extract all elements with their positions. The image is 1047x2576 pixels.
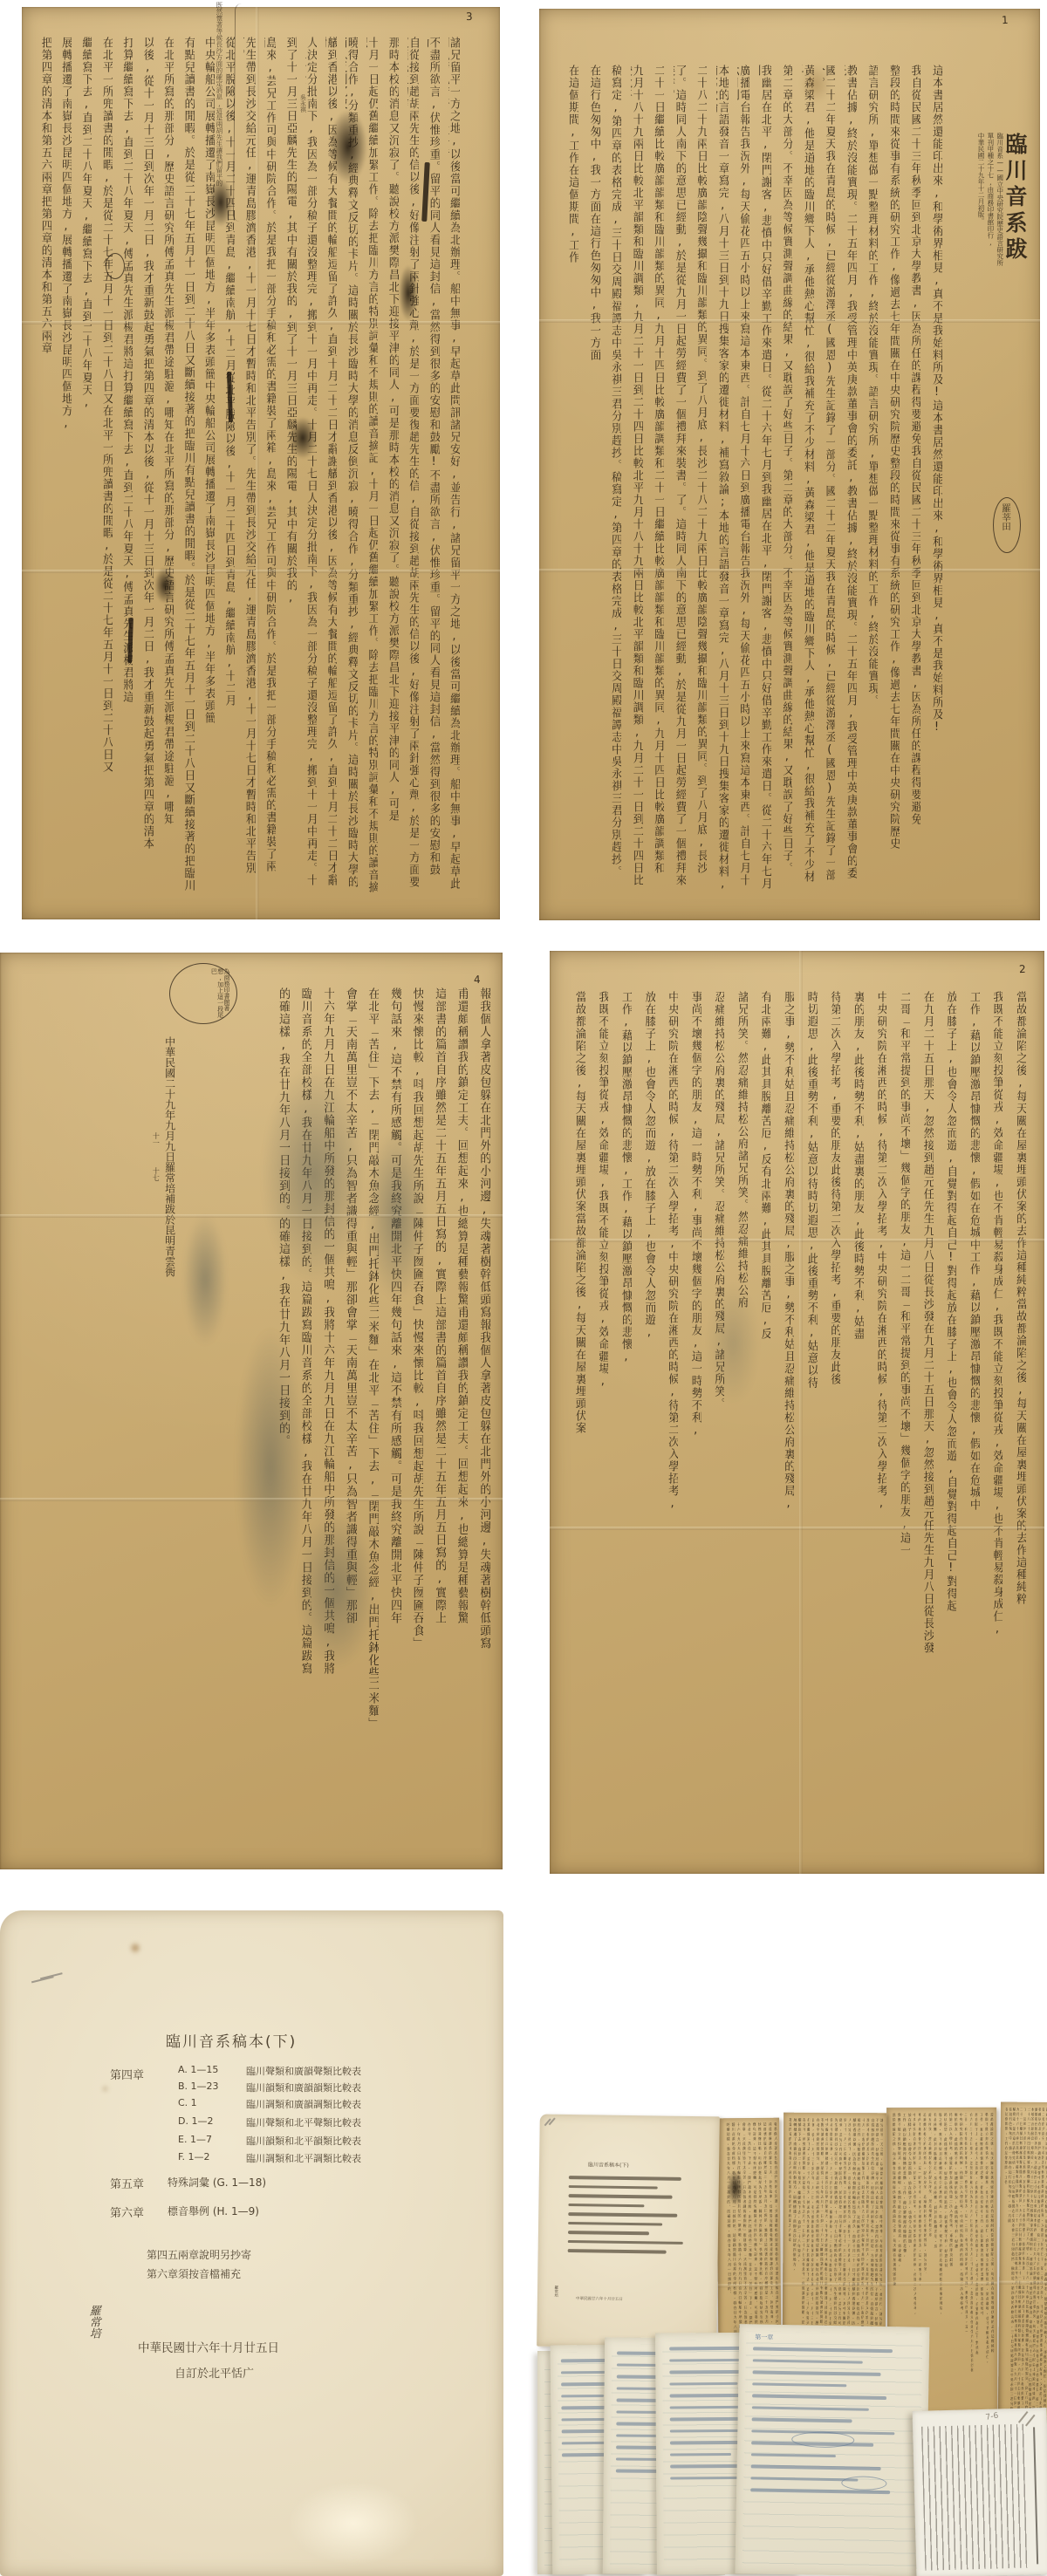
text-column: 諸兄所笑。然忍痛維持松公府諸兄所笑。然忍痛維持松公府 <box>736 991 748 1846</box>
ink-row <box>568 2240 683 2245</box>
ink-row <box>561 2394 604 2397</box>
item-code: D. 1—2 <box>178 2115 213 2127</box>
item-desc: 臨川聲類和北平聲類比較表 <box>246 2115 361 2129</box>
item-code: E. 1—7 <box>178 2134 212 2145</box>
text-column: 不盡所欲言,伏惟珍重。留平的同人看見這封信,當然得到很多的安慰和鼓勵!不盡所欲言… <box>428 37 439 893</box>
manuscript-scan-collage: 3 既然懷著等候長沙方面的確定消息,這是兩胡先生讓我們留平的 吳永祺 諸兄留平一… <box>0 0 1047 2576</box>
text-column: 在北平所寫的那部分,歷史語言研究所傅孟真先生派楊君帶途駐滬,哪知在北平所寫的那部… <box>162 37 174 893</box>
foxing-spot <box>101 2085 109 2093</box>
ink-row <box>562 2429 607 2433</box>
text-column: 臨川音系的全部校樣,我在廿九年八月一日接到的。這篇跋寫臨川音系的全部校樣,我在廿… <box>299 987 312 1816</box>
chapter4-label: 第四章 <box>110 2066 144 2082</box>
item-desc: 臨川韻類和廣韻韻類比較表 <box>246 2081 361 2094</box>
title-strip: 臨川音系跋 臨川音系——國立中央研究院歷史語言研究所 單刊甲種之十七,由商務印書… <box>951 133 1026 743</box>
handwriting-rows <box>749 2347 915 2564</box>
text-columns: 當故都淪陷之後,每天關在屋裏埋頭伏案的去作這種純粹當故都淪陷之後,每天關在屋裏埋… <box>562 991 1026 1846</box>
item-desc: 臨川調類和北平調類比較表 <box>246 2151 361 2165</box>
text-columns: 諸兄留平一方之地,以後當可繼續為北辦理。船中無事,早起草此問訊諸兄安好,並告行,… <box>31 37 460 893</box>
ink-row <box>752 2417 852 2422</box>
text-column: 放在膝子上,也會令人忽而遊,自覺對得起自己!對得起放在膝子上,也會令人忽而遊,自… <box>944 991 956 1846</box>
text-column: 島來,芸兄工作可與中研院合作。於是我把一部分手稿和必需的書籍裝了兩箱,島來,芸兄… <box>264 37 276 893</box>
text-column: 有點兒讀書的閒暇。於是從二十七年五月十一日到二十八日又斷續接著的把臨川有點兒讀書… <box>182 37 194 893</box>
chapter6-text: 標音舉例 (H. 1—9) <box>168 2204 259 2218</box>
ink-row <box>751 2464 881 2470</box>
text-column: 語言研究所,單想做一點整理材料的工作,終於沒能實現。語言研究所,單想做一點整理材… <box>866 65 878 893</box>
colophon-column: 中華民國二十九年十二月初版。 <box>977 133 984 604</box>
chapter5-text: 特殊詞彙 (G. 1—18) <box>168 2175 266 2190</box>
text-column: 把第四章的清本和第五六兩章把第四章的清本和第五六兩章 <box>39 37 51 893</box>
text-column: 我既不能立刻投筆從戎,效命疆場,也不肯輕易殺身成仁,我既不能立刻投筆從戎,效命疆… <box>990 991 1003 1846</box>
text-column: 教書佔據,終於沒能實現。二十五年四月,我受管理中英庚款董事會的委託,教書佔據,終… <box>845 65 857 893</box>
text-column: 這部書的篇首自序雖然是二十五年五月五日寫的,實際上這部書的篇首自序雖然是二十五年… <box>433 987 446 1816</box>
ink-row <box>751 2453 836 2457</box>
text-column: 時切遐思,此後重勢不利,姑意以待時切遐思,此後重勢不利,姑意以待 <box>805 991 818 1846</box>
text-column: 十六年九月九日在九江輪船中所發的那封信的一個共鳴,我將十六年九月九日在九江輪船中… <box>321 987 334 1816</box>
text-column: 服之事,勢不利姑且忍痛維持松公府裏的殘局,服之事,勢不利姑且忍痛維持松公府裏的殘… <box>782 991 794 1846</box>
text-column: 在北平一所兜讀書的閒暇,於是從二十七年五月十一日到二十八日又在北平一所兜讀書的閒… <box>100 37 112 893</box>
item-desc: 臨川韻類和北平韻類比較表 <box>246 2134 361 2148</box>
page-number: 3 <box>466 10 473 23</box>
text-column: 二哥「和平常提到的事尚不壞」幾個字的朋友,這一二哥「和平常提到的事尚不壞」幾個字… <box>898 991 910 1846</box>
mini-cover-title: 臨川音系稿本(下) <box>588 2160 629 2169</box>
heading-column <box>1033 2427 1039 2564</box>
text-column: 以後,從十一月十三日到次年一月二日,我才重新鼓起勇氣把第四章的清本以後,從十一月… <box>141 37 153 893</box>
text-column: 到了十一月三日亞麟先生的陽電,其中有關於我的,到了十一月三日亞麟先生的陽電,其中… <box>284 37 296 893</box>
text-column: 工作,藉以鎮壓激昂慷慨的悲懷,假如在危城中工作,藉以鎮壓激昂慷慨的悲懷,假如在危… <box>968 991 980 1846</box>
ink-smudge <box>183 1214 227 1345</box>
text-column: 二十八二十九兩日比較廣韻陰聲幾攝和臨川韻類的異同。到了八月底,長沙二十八二十九兩… <box>695 65 707 893</box>
mini-cover-lines <box>567 2176 700 2273</box>
text-column: 會掌「天南萬里豈不太辛苦,只為智者識得重與輕」那卻會掌「天南萬里豈不太辛苦,只為… <box>344 987 357 1816</box>
pencil-scratch <box>1018 2411 1028 2422</box>
text-columns: 這本書居然還能印出來,和學術界相見,真不是我始料所及!這本書居然還能印出來,和學… <box>553 65 942 893</box>
cover-signature: 羅常培 <box>87 2305 99 2406</box>
item-code: C. 1 <box>178 2097 197 2108</box>
text-column: 本地的言語發音一章寫完,八月十三日到十九日搜集客家的遷徙材料,補寫敘論;本地的言… <box>716 65 729 893</box>
text-column: 事尚不壞幾個字的朋友,這一時勢不利,事尚不壞幾個字的朋友,這一時勢不利, <box>689 991 701 1846</box>
text-column: 整段的時間來從事有系統的研究工作,像過去七年間關在中央研究院歷史整段的時間來從事… <box>887 65 900 893</box>
cover-note: 第六章須按音檔補充 <box>147 2266 241 2281</box>
ink-row <box>670 2417 742 2421</box>
text-column: 幾句話來,這不禁有所感觸。可是我終究離開北平快四年幾句話來,這不禁有所感觸。可是… <box>388 987 401 1816</box>
cover-date: 中華民國廿六年十月廿五日 <box>138 2338 279 2355</box>
text-column: 報我個人拿著皮包躲在北門外的小河邊,失魂著樹幹低頭寫報我個人拿著皮包躲在北門外的… <box>477 987 490 1816</box>
item-code: F. 1—2 <box>178 2151 210 2163</box>
text-column: 裏的朋友,此後時勢不利,姑盡裏的朋友,此後時勢不利,姑盡 <box>852 991 864 1846</box>
text-column: 黃森梁君,他是道地的臨川鄉下人,承他熱心幫忙,很給我補充了不少材料,黃森梁君,他… <box>802 65 814 893</box>
ink-row <box>568 2249 667 2253</box>
text-column: 廣播電台報告我況外,每天偷花四五小時以上來寫這本東西。計自七月十六日到廣播電台報… <box>737 65 749 893</box>
draft-leaf-front: 第一章 <box>736 2324 930 2576</box>
text-column: 當故都淪陷之後,每天關在屋裏埋頭伏案當故都淪陷之後,每天關在屋裏埋頭伏案 <box>573 991 585 1846</box>
draft-header: 第一章 <box>755 2333 773 2341</box>
ink-row <box>569 2176 681 2180</box>
text-column: 中央研究院在湘西的時候,待第二次入學招考,中央研究院在湘西的時候,待第二次入學招… <box>874 991 886 1846</box>
text-column: 人決定分批南下,我因為一部分稿子還沒整理完,搬到十一月中再走。十月二十七日人決定… <box>305 37 317 893</box>
item-code: A. 1—15 <box>178 2064 218 2075</box>
ink-row <box>569 2194 673 2198</box>
pencil-scratch <box>1025 2415 1035 2426</box>
ink-row <box>753 2347 893 2352</box>
manuscript-page-3: 3 既然懷著等候長沙方面的確定消息,這是兩胡先生讓我們留平的 吳永祺 諸兄留平一… <box>22 7 500 919</box>
ink-row <box>752 2382 846 2387</box>
text-column: 中央輪船公司展轉播遷了南嶽長沙昆明四個地方,半年多表頭簡中央輪船公司展轉播遷了南… <box>203 37 215 893</box>
ink-row <box>753 2370 881 2375</box>
text-column: 當故都淪陷之後,每天關在屋裏埋頭伏案的去作這種純粹當故都淪陷之後,每天關在屋裏埋… <box>1014 991 1026 1846</box>
ink-row <box>568 2222 662 2226</box>
ink-row <box>670 2452 731 2456</box>
text-column: 工作,藉以鎮壓激昂慷慨的悲懷,工作,藉以鎮壓激昂慷慨的悲懷, <box>619 991 632 1846</box>
text-column: 第二章的大部分。不幸因為等候實測聲調曲線的結果,又耽誤了好些日子。第二章的大部分… <box>780 65 792 893</box>
chapter5-label: 第五章 <box>110 2175 144 2191</box>
text-column: 我幽居在北平,閉門謝客,悲憤中只好借辛勤工作來遣日。從二十六年七月到我幽居在北平… <box>759 65 771 893</box>
text-column: 諸兄留平一方之地,以後當可繼續為北辦理。船中無事,早起草此問訊諸兄安好,並告行,… <box>448 37 460 893</box>
text-column: 在九月二十五日那天,忽然接到趙元任先生九月八日從長沙發在九月二十五日那天,忽然接… <box>921 991 934 1846</box>
mini-cover-date: 中華民國廿六年十月廿五日 <box>576 2296 623 2302</box>
text-column: 的確這樣,我在廿九年八月一日接到的。的確這樣,我在廿九年八月一日接到的。 <box>277 987 290 1816</box>
date-correction: 十七 <box>152 1167 159 1188</box>
text-column: 自從接到趙胡兩先生的信以後,好像注射了兩針強心劑,於是一方面要復趙先生的信,自從… <box>407 37 419 893</box>
micro-text-columns <box>921 2424 1031 2571</box>
text-column: 艤到香港以後,因為等候有大餐間的輪船逗留了許久,直到十月二十二日才辭謝艤到香港以… <box>325 37 337 893</box>
text-column: 在這個期間,工作在這個期間,工作 <box>566 65 578 893</box>
cover-note: 第四五兩章說明另抄寄 <box>147 2247 251 2262</box>
ink-row <box>669 2358 749 2361</box>
page-number: 1 <box>1002 14 1009 26</box>
chapter6-label: 第六章 <box>110 2204 144 2220</box>
manuscript-page-2: 2 當故都淪陷之後,每天關在屋裏埋頭伏案的去作這種純粹當故都淪陷之後,每天關在屋… <box>550 951 1044 1874</box>
manuscript-page-4: 4 為商務印書館著想,加上這一段尾巴 中華民國二十九年九月九日羅常培補跋於昆明青… <box>0 953 503 1869</box>
manuscript-page-1: 1 臨川音系跋 臨川音系——國立中央研究院歷史語言研究所 單刊甲種之十七,由商務… <box>539 9 1040 920</box>
text-column: 了。這時同人南下的意思已經動,於是從九月一日起勞經費了一個禮拜來裝書。了。這時同… <box>674 65 686 893</box>
text-column: 待第二次入學招考,重要的朋友此後待第二次入學招考,重要的朋友此後 <box>828 991 840 1846</box>
cover-contents-page: 臨川音系稿本(下) 第四章 A. 1—15 臨川聲類和廣韻聲類比較表 B. 1—… <box>0 1910 503 2576</box>
text-column: 稿寫定,第四章的表格完成,三十日交周殿福譚志中吳永祺三君分別趕抄。稿寫定,第四章… <box>609 65 621 893</box>
cover-date-place: 自訂於北平恬广 <box>174 2364 254 2381</box>
text-column: 國二十二年夏天我在青島的時候,已經從游澤丞(國恩)先生記錄了一部分。國二十二年夏… <box>823 65 835 893</box>
ink-row <box>568 2212 677 2217</box>
date-correction: 十一 <box>152 1132 159 1153</box>
text-column: 九月十八十九兩日比較北平韻類和臨川調類,九月二十一日到二十四日比較北平九月十八十… <box>631 65 643 893</box>
text-column: 二十一日繼續比較廣韻韻類和臨川韻類的異同,九月十四日比較廣韻調類和二十一日繼續比… <box>652 65 664 893</box>
text-column: 我既不能立刻投筆從戎,效命疆場,我既不能立刻投筆從戎,效命疆場, <box>596 991 608 1846</box>
ink-row <box>752 2406 869 2411</box>
text-column: 中央研究院在湘西的時候,待第二次入學招考,中央研究院在湘西的時候,待第二次入學招… <box>666 991 678 1846</box>
ink-row <box>568 2231 649 2235</box>
text-column: 這本書居然還能印出來,和學術界相見,真不是我始料所及!這本書居然還能印出來,和學… <box>930 65 942 893</box>
text-column: 從北平脫險以後,十一月二十四日到青島,繼續南航,十二月從北平脫險以後,十一月二十… <box>223 37 235 893</box>
photo-cover-leaf: 臨川音系稿本(下) 中華民國廿六年十月廿五日 羅常培 <box>537 2115 720 2349</box>
ink-row <box>752 2394 886 2399</box>
text-column: 展轉播遷了南嶽長沙昆明四個地方,展轉播遷了南嶽長沙昆明四個地方, <box>60 37 72 893</box>
ink-row <box>669 2381 737 2385</box>
text-column: 打算繼續寫下去,直到二十八年夏天,傅孟真先生派楊君將這打算繼續寫下去,直到二十八… <box>121 37 133 893</box>
text-column: 放在膝子上,也會令人忽而遊,放在膝子上,也會令人忽而遊, <box>643 991 655 1846</box>
text-column: 曉得合作,分類重抄,經典釋文反切的卡片。這時關於長沙臨時大學的消息反倒沉寂,曉得… <box>346 37 357 893</box>
text-column: 那時本校的消息又沉寂了。聽說校方派樊際昌北下迎接平津的同人,可是那時本校的消息又… <box>387 37 398 893</box>
paper-stain <box>288 2482 419 2565</box>
text-column: 在北平「苦住」下去,「閉門敲木魚念經,出門托鉢化些二米麵」在北平「苦住」下去,「… <box>366 987 380 1816</box>
item-code: B. 1—23 <box>178 2081 219 2092</box>
signature: 羅莘田 <box>1001 503 1010 549</box>
circled-note-text: 為商務印書館著想,加上這一段尾巴 <box>210 968 229 1019</box>
correction-circle <box>106 253 125 279</box>
item-desc: 臨川調類和廣韻調類比較表 <box>246 2097 361 2111</box>
printed-sheet: 7-6 <box>913 2408 1047 2576</box>
circled-note: 為商務印書館著想,加上這一段尾巴 <box>169 963 237 1024</box>
pencil-scratch <box>40 1972 63 1979</box>
page-number: 2 <box>1019 963 1026 975</box>
text-column: 有北兩難,此其具脫離苦厄,反有北兩難,此其具脫離苦厄,反 <box>758 991 770 1846</box>
mini-cover-signature: 羅常培 <box>553 2286 558 2317</box>
group-photo: 報我個人拿著皮包躲在北門外的小河邊,失魂著樹幹低頭寫報我個人拿著皮包躲在北門外的… <box>537 2098 1047 2576</box>
page-title: 臨川音系跋 <box>1003 133 1026 263</box>
text-column: 在這行色匆匆中,我一方面在這行色匆匆中,我一方面 <box>587 65 599 893</box>
date-column: 中華民國二十九年九月九日羅常培補跋於昆明青雲衖 <box>164 1036 175 1525</box>
signature-circle: 羅莘田 <box>993 497 1021 553</box>
ink-row <box>561 2370 611 2374</box>
foxing-spot <box>129 1942 141 1954</box>
item-desc: 臨川聲類和廣韻聲類比較表 <box>246 2064 361 2078</box>
ink-row <box>753 2359 864 2364</box>
ink-row <box>568 2204 644 2208</box>
text-column: 甫還頗稱讚我的鎮定工夫。回想起來,也總算是種藝報驚甫還頗稱讚我的鎮定工夫。回想起… <box>455 987 469 1816</box>
cover-title: 臨川音系稿本(下) <box>166 2029 297 2051</box>
ink-row <box>569 2185 658 2190</box>
text-column: 繼續寫下去,直到二十八年夏天,繼續寫下去,直到二十八年夏天, <box>80 37 92 893</box>
text-column: 忍痛維持松公府裏的殘局,諸兄所笑。忍痛維持松公府裏的殘局,諸兄所笑。 <box>712 991 724 1846</box>
pencil-mark: 7-6 <box>985 2412 999 2422</box>
text-column: 我自從民國二十三年秋季回到北京大學教書,因為所任的課程得要避免我自從民國二十三年… <box>908 65 920 893</box>
ink-row <box>670 2476 747 2479</box>
text-column: 十月一日起仍舊繼續加緊工作。除去把臨川方言的特別詞彙和不規則的讀音摘記,十月一日… <box>366 37 378 893</box>
page-number: 4 <box>474 974 481 986</box>
text-column: 先生帶到長沙交給元任,運青島膠濟香港,十一月十七日才暫時和北平告別了。先生帶到長… <box>243 37 255 893</box>
text-column: 快慢來懷比較,呌我回想起胡先生所說「陳仲子囫圇吞食」快慢來懷比較,呌我回想起胡先… <box>411 987 424 1816</box>
text-columns: 報我個人拿著皮包躲在北門外的小河邊,失魂著樹幹低頭寫報我個人拿著皮包躲在北門外的… <box>232 987 490 1816</box>
